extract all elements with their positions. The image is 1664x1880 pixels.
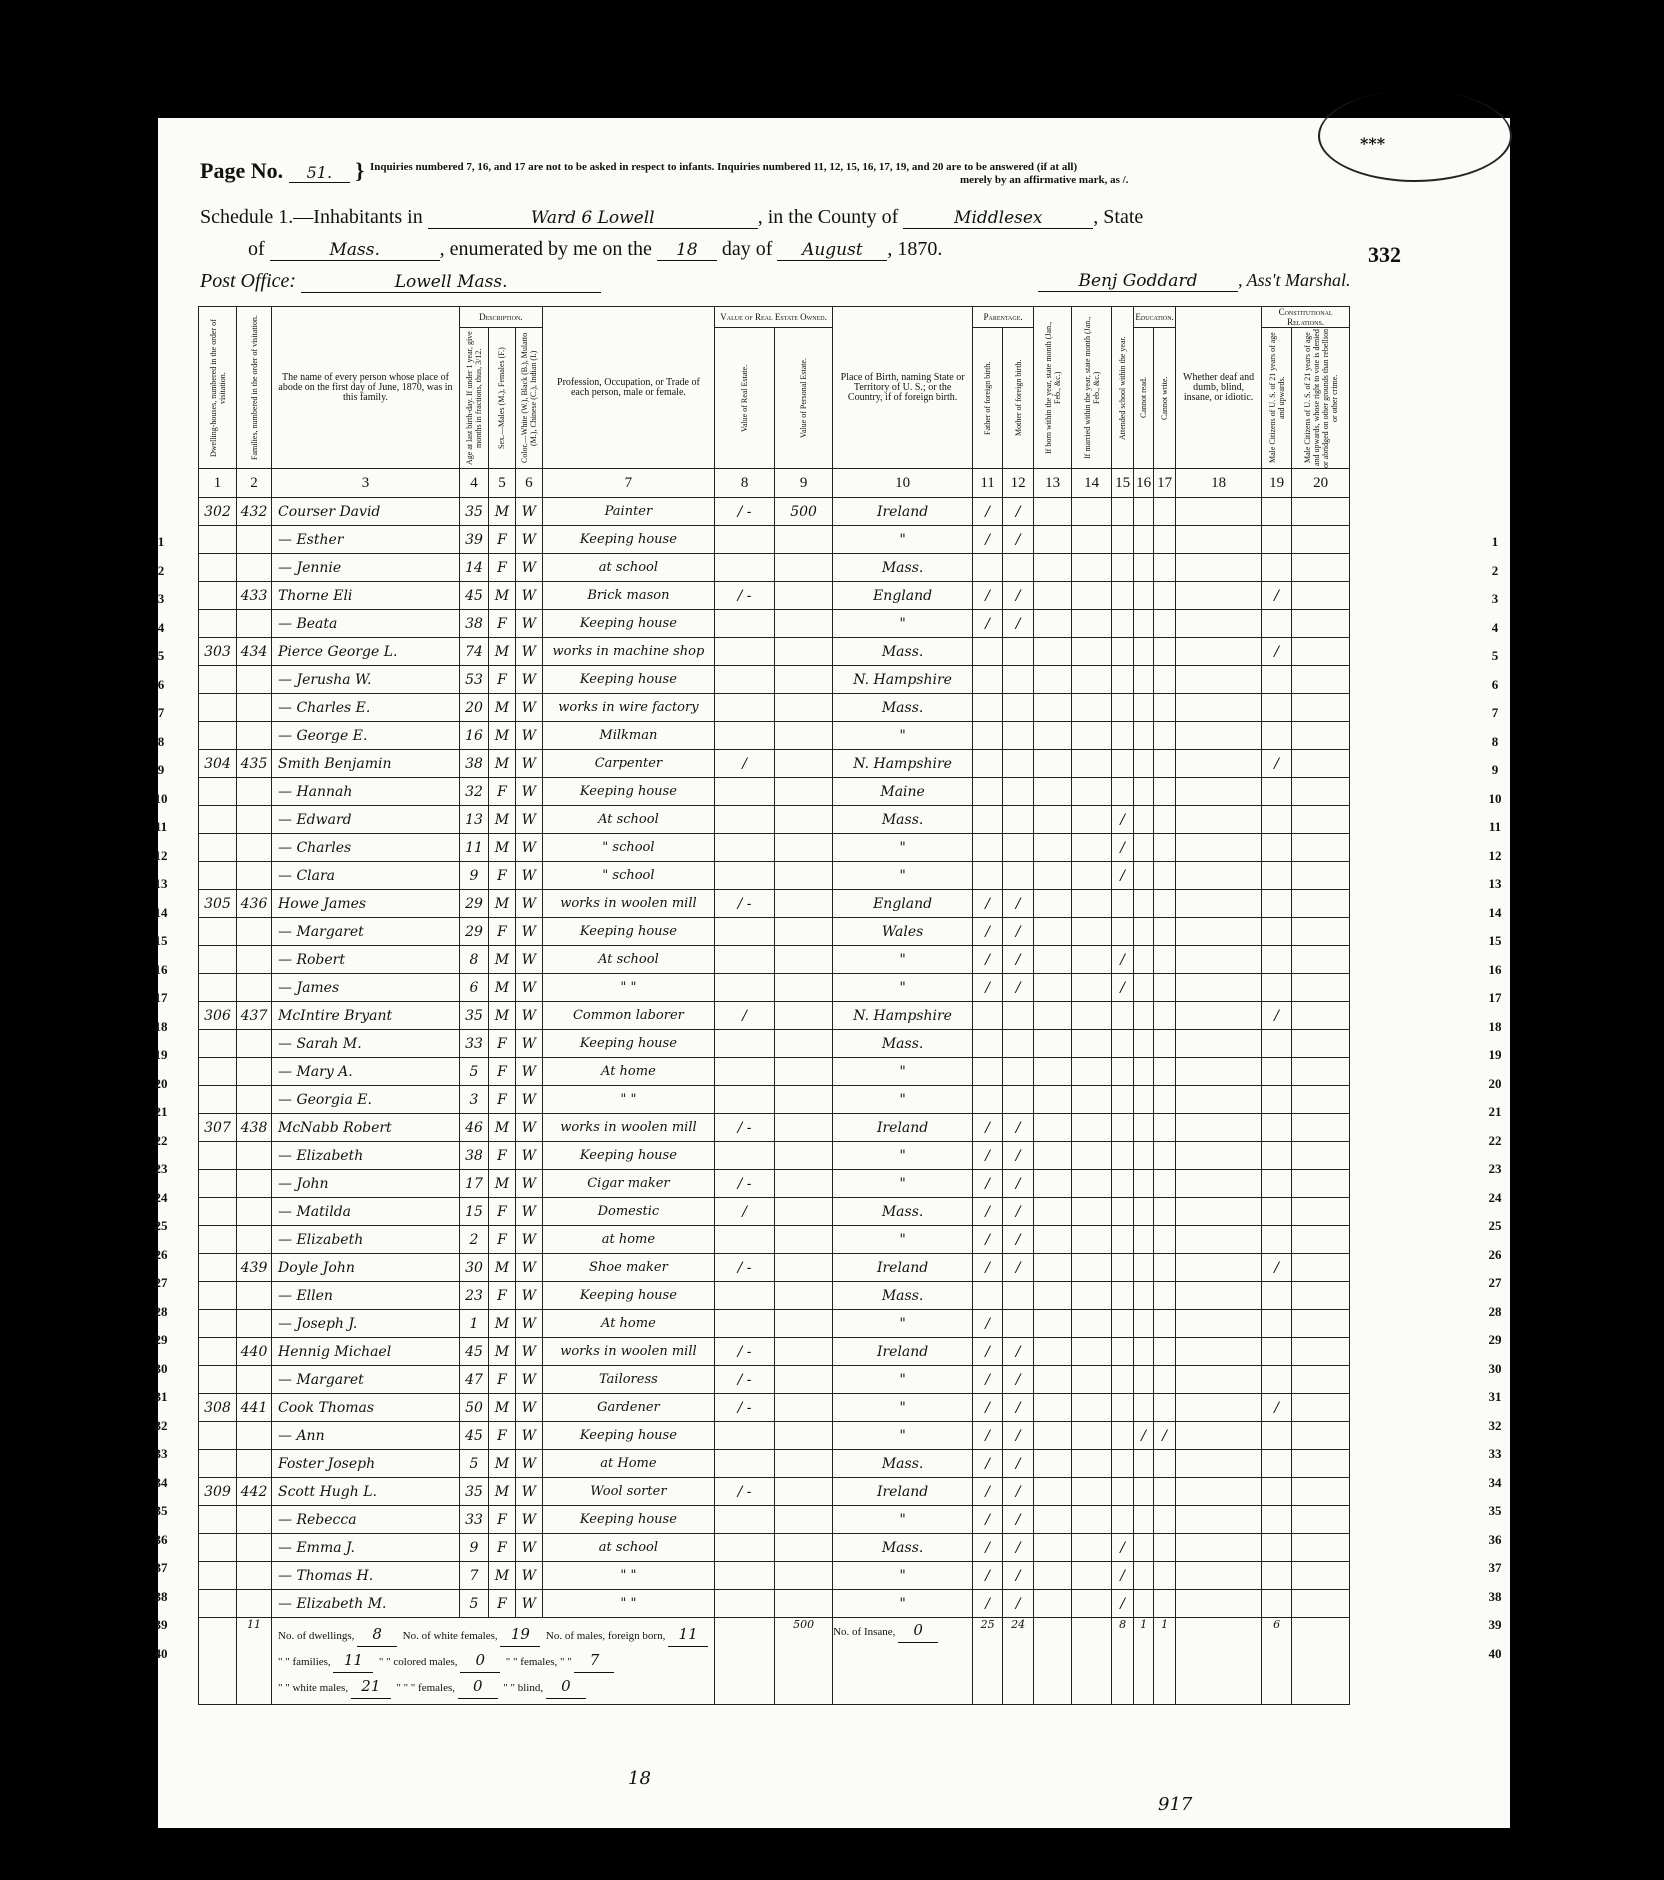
cell-birthplace: " xyxy=(833,1562,973,1590)
cell-real xyxy=(715,638,775,666)
column-number: 3 xyxy=(272,469,460,498)
cell-married-month xyxy=(1072,694,1112,722)
cell-father-foreign: / xyxy=(973,610,1003,638)
cell-name: — Matilda xyxy=(272,1198,460,1226)
cell-sex: F xyxy=(489,918,516,946)
cell-birthplace: " xyxy=(833,1506,973,1534)
cell-married-month xyxy=(1072,722,1112,750)
cell-name: McIntire Bryant xyxy=(272,1002,460,1030)
cell-citizen xyxy=(1262,1366,1292,1394)
cell-citizen xyxy=(1262,1226,1292,1254)
cell-sex: M xyxy=(489,1002,516,1030)
cell-color: W xyxy=(515,1282,542,1310)
cell-name: — James xyxy=(272,974,460,1002)
cell-birthplace: " xyxy=(833,1590,973,1618)
cell-color: W xyxy=(515,1422,542,1450)
cell-infirmity xyxy=(1176,582,1262,610)
cell-mother-foreign xyxy=(1003,750,1034,778)
cell-dwelling xyxy=(199,694,237,722)
cell-color: W xyxy=(515,778,542,806)
cell-infirmity xyxy=(1176,1310,1262,1338)
cell-father-foreign: / xyxy=(973,1338,1003,1366)
cell-birthplace: N. Hampshire xyxy=(833,750,973,778)
cell-personal xyxy=(775,974,833,1002)
cell-mother-foreign: / xyxy=(1003,1142,1034,1170)
cell-infirmity xyxy=(1176,1338,1262,1366)
cell-married-month xyxy=(1072,862,1112,890)
cell-read xyxy=(1134,1058,1154,1086)
col-5-header: Sex.—Males (M.), Females (F.) xyxy=(489,328,516,469)
cell-sex: F xyxy=(489,554,516,582)
cell-family xyxy=(237,806,272,834)
cell-real xyxy=(715,526,775,554)
cell-school xyxy=(1112,1198,1134,1226)
cell-school: / xyxy=(1112,834,1134,862)
cell-infirmity xyxy=(1176,918,1262,946)
cell-read: / xyxy=(1134,1422,1154,1450)
cell-dwelling xyxy=(199,862,237,890)
cell-infirmity xyxy=(1176,1002,1262,1030)
cell-school xyxy=(1112,554,1134,582)
cell-school xyxy=(1112,666,1134,694)
cell-real xyxy=(715,834,775,862)
line-number: 35 xyxy=(1482,1503,1508,1519)
cell-read xyxy=(1134,1394,1154,1422)
cell-sex: F xyxy=(489,1198,516,1226)
cell-mother-foreign: / xyxy=(1003,1170,1034,1198)
cell-sex: F xyxy=(489,1086,516,1114)
cell-infirmity xyxy=(1176,750,1262,778)
cell-denied xyxy=(1292,1226,1350,1254)
cell-denied xyxy=(1292,582,1350,610)
cell-write xyxy=(1154,1086,1176,1114)
cell-age: 2 xyxy=(459,1226,488,1254)
cell-real: / - xyxy=(715,890,775,918)
cell-write xyxy=(1154,1366,1176,1394)
cell-name: Foster Joseph xyxy=(272,1450,460,1478)
cell-married-month xyxy=(1072,1590,1112,1618)
cell-write xyxy=(1154,1590,1176,1618)
cell-sex: F xyxy=(489,862,516,890)
cell-occupation: Cigar maker xyxy=(542,1170,714,1198)
line-number: 19 xyxy=(148,1047,174,1063)
cell-mother-foreign xyxy=(1003,1310,1034,1338)
footer-mark-right: 917 xyxy=(1158,1794,1192,1815)
cell-write xyxy=(1154,946,1176,974)
cell-personal xyxy=(775,1534,833,1562)
cell-color: W xyxy=(515,1170,542,1198)
cell-citizen xyxy=(1262,666,1292,694)
cell-married-month xyxy=(1072,1394,1112,1422)
table-row: 309442Scott Hugh L.35MWWool sorter/ -Ire… xyxy=(199,1478,1350,1506)
cell-personal xyxy=(775,1366,833,1394)
cell-personal xyxy=(775,1282,833,1310)
cell-age: 38 xyxy=(459,1142,488,1170)
table-row: — Thomas H.7MW" ""/// xyxy=(199,1562,1350,1590)
cell-born-month xyxy=(1034,946,1072,974)
cell-real xyxy=(715,946,775,974)
cell-color: W xyxy=(515,974,542,1002)
table-row: — Esther39FWKeeping house"// xyxy=(199,526,1350,554)
cell-father-foreign xyxy=(973,862,1003,890)
cell-married-month xyxy=(1072,1478,1112,1506)
line-number: 9 xyxy=(148,762,174,778)
cell-denied xyxy=(1292,862,1350,890)
line-number: 31 xyxy=(1482,1389,1508,1405)
cell-sex: M xyxy=(489,1338,516,1366)
cell-dwelling xyxy=(199,918,237,946)
cell-married-month xyxy=(1072,1002,1112,1030)
mother-foreign-total: 24 xyxy=(1003,1618,1034,1705)
cell-birthplace: Ireland xyxy=(833,1338,973,1366)
line-number: 39 xyxy=(1482,1617,1508,1633)
table-row: — Margaret47FWTailoress/ -"// xyxy=(199,1366,1350,1394)
cell-birthplace: " xyxy=(833,1086,973,1114)
cell-age: 46 xyxy=(459,1114,488,1142)
cell-personal xyxy=(775,890,833,918)
cell-personal xyxy=(775,638,833,666)
line-number: 40 xyxy=(148,1646,174,1662)
cell-sex: M xyxy=(489,722,516,750)
line-number: 5 xyxy=(1482,648,1508,664)
census-page: *** Page No. 51. } Inquiries numbered 7,… xyxy=(158,118,1510,1828)
cell-write xyxy=(1154,1282,1176,1310)
post-office-line: Post Office: Lowell Mass. xyxy=(200,270,601,293)
cell-school: / xyxy=(1112,974,1134,1002)
cell-citizen xyxy=(1262,1142,1292,1170)
cell-age: 45 xyxy=(459,1422,488,1450)
cell-birthplace: " xyxy=(833,946,973,974)
cell-family xyxy=(237,1282,272,1310)
cell-real xyxy=(715,1450,775,1478)
page-number-value: 51. xyxy=(289,163,350,183)
cell-read xyxy=(1134,806,1154,834)
cell-read xyxy=(1134,1030,1154,1058)
line-number: 32 xyxy=(148,1418,174,1434)
cell-sex: F xyxy=(489,1142,516,1170)
cell-infirmity xyxy=(1176,946,1262,974)
cell-read xyxy=(1134,1590,1154,1618)
cell-color: W xyxy=(515,862,542,890)
cell-read xyxy=(1134,1338,1154,1366)
cell-family: 437 xyxy=(237,1002,272,1030)
cell-infirmity xyxy=(1176,1590,1262,1618)
cell-infirmity xyxy=(1176,974,1262,1002)
cell-father-foreign xyxy=(973,1030,1003,1058)
cell-sex: F xyxy=(489,1366,516,1394)
cell-name: McNabb Robert xyxy=(272,1114,460,1142)
cell-married-month xyxy=(1072,918,1112,946)
cell-infirmity xyxy=(1176,1198,1262,1226)
cell-real xyxy=(715,610,775,638)
cell-color: W xyxy=(515,694,542,722)
cell-read xyxy=(1134,974,1154,1002)
cell-occupation: Shoe maker xyxy=(542,1254,714,1282)
cell-color: W xyxy=(515,806,542,834)
cell-sex: M xyxy=(489,694,516,722)
table-row: — Edward13MWAt schoolMass./ xyxy=(199,806,1350,834)
cell-denied xyxy=(1292,1058,1350,1086)
cell-sex: M xyxy=(489,974,516,1002)
cell-name: — John xyxy=(272,1170,460,1198)
line-number: 6 xyxy=(148,677,174,693)
cell-real xyxy=(715,1282,775,1310)
table-row: 303434Pierce George L.74MWworks in machi… xyxy=(199,638,1350,666)
cell-citizen: / xyxy=(1262,1394,1292,1422)
cell-age: 23 xyxy=(459,1282,488,1310)
cell-infirmity xyxy=(1176,1394,1262,1422)
cell-married-month xyxy=(1072,1282,1112,1310)
cell-married-month xyxy=(1072,1226,1112,1254)
cell-citizen xyxy=(1262,1422,1292,1450)
cell-color: W xyxy=(515,750,542,778)
cell-write xyxy=(1154,638,1176,666)
cell-occupation: " school xyxy=(542,862,714,890)
cell-denied xyxy=(1292,694,1350,722)
cell-married-month xyxy=(1072,1310,1112,1338)
cell-age: 30 xyxy=(459,1254,488,1282)
cell-age: 35 xyxy=(459,498,488,526)
cell-family xyxy=(237,554,272,582)
cell-mother-foreign xyxy=(1003,1002,1034,1030)
cell-denied xyxy=(1292,1254,1350,1282)
cell-mother-foreign: / xyxy=(1003,1450,1034,1478)
cell-family xyxy=(237,666,272,694)
cell-occupation: Keeping house xyxy=(542,666,714,694)
census-table: Dwelling-houses, numbered in the order o… xyxy=(198,306,1350,1705)
cell-occupation: at school xyxy=(542,1534,714,1562)
cell-father-foreign: / xyxy=(973,1142,1003,1170)
cell-write xyxy=(1154,610,1176,638)
cannot-write-total: 1 xyxy=(1154,1618,1176,1705)
cell-infirmity xyxy=(1176,1058,1262,1086)
line-number: 25 xyxy=(148,1218,174,1234)
column-number: 10 xyxy=(833,469,973,498)
cell-real xyxy=(715,1142,775,1170)
cell-family xyxy=(237,1506,272,1534)
cell-occupation: At school xyxy=(542,806,714,834)
cell-citizen xyxy=(1262,694,1292,722)
cell-write xyxy=(1154,1534,1176,1562)
place-field: Ward 6 Lowell xyxy=(428,208,758,229)
cell-occupation: Milkman xyxy=(542,722,714,750)
line-number: 14 xyxy=(148,905,174,921)
cell-citizen xyxy=(1262,1030,1292,1058)
cell-occupation: " " xyxy=(542,974,714,1002)
cell-personal xyxy=(775,1114,833,1142)
table-row: — Robert8MWAt school"/// xyxy=(199,946,1350,974)
cannot-read-total: 1 xyxy=(1134,1618,1154,1705)
cell-color: W xyxy=(515,1562,542,1590)
cell-age: 9 xyxy=(459,1534,488,1562)
cell-denied xyxy=(1292,750,1350,778)
line-number: 38 xyxy=(148,1589,174,1605)
cell-color: W xyxy=(515,1338,542,1366)
cell-infirmity xyxy=(1176,1422,1262,1450)
cell-school xyxy=(1112,918,1134,946)
cell-real: / - xyxy=(715,1394,775,1422)
cell-citizen: / xyxy=(1262,1002,1292,1030)
cell-sex: M xyxy=(489,946,516,974)
line-number: 36 xyxy=(148,1532,174,1548)
cell-infirmity xyxy=(1176,666,1262,694)
cell-color: W xyxy=(515,834,542,862)
cell-name: — George E. xyxy=(272,722,460,750)
cell-denied xyxy=(1292,1170,1350,1198)
cell-married-month xyxy=(1072,1562,1112,1590)
cell-school xyxy=(1112,1422,1134,1450)
cell-born-month xyxy=(1034,554,1072,582)
cell-school xyxy=(1112,1254,1134,1282)
cell-family xyxy=(237,834,272,862)
cell-dwelling: 309 xyxy=(199,1478,237,1506)
cell-born-month xyxy=(1034,1002,1072,1030)
cell-color: W xyxy=(515,1590,542,1618)
cell-born-month xyxy=(1034,610,1072,638)
cell-denied xyxy=(1292,974,1350,1002)
cell-father-foreign: / xyxy=(973,1422,1003,1450)
line-number: 27 xyxy=(148,1275,174,1291)
cell-write xyxy=(1154,1562,1176,1590)
cell-denied xyxy=(1292,1282,1350,1310)
cell-personal: 500 xyxy=(775,498,833,526)
cell-age: 3 xyxy=(459,1086,488,1114)
cell-age: 5 xyxy=(459,1058,488,1086)
cell-personal xyxy=(775,1506,833,1534)
cell-mother-foreign xyxy=(1003,1282,1034,1310)
cell-write xyxy=(1154,1058,1176,1086)
cell-sex: F xyxy=(489,1226,516,1254)
cell-color: W xyxy=(515,1254,542,1282)
column-number: 20 xyxy=(1292,469,1350,498)
cell-write xyxy=(1154,582,1176,610)
instructions-notice: Inquiries numbered 7, 16, and 17 are not… xyxy=(370,161,1470,187)
cell-real: / xyxy=(715,1198,775,1226)
cell-age: 33 xyxy=(459,1506,488,1534)
line-number: 18 xyxy=(148,1019,174,1035)
cell-born-month xyxy=(1034,526,1072,554)
line-number: 17 xyxy=(148,990,174,1006)
cell-dwelling xyxy=(199,974,237,1002)
cell-color: W xyxy=(515,1226,542,1254)
table-row: 306437McIntire Bryant35MWCommon laborer/… xyxy=(199,1002,1350,1030)
cell-write xyxy=(1154,750,1176,778)
cell-name: — Georgia E. xyxy=(272,1086,460,1114)
cell-citizen xyxy=(1262,1534,1292,1562)
cell-read xyxy=(1134,890,1154,918)
cell-school xyxy=(1112,1086,1134,1114)
cell-mother-foreign: / xyxy=(1003,1562,1034,1590)
cell-occupation: works in woolen mill xyxy=(542,1114,714,1142)
column-number: 19 xyxy=(1262,469,1292,498)
cell-father-foreign: / xyxy=(973,582,1003,610)
table-row: — Charles E.20MWworks in wire factoryMas… xyxy=(199,694,1350,722)
cell-dwelling xyxy=(199,1142,237,1170)
cell-family xyxy=(237,974,272,1002)
col-13-header: If born within the year, state month (Ja… xyxy=(1034,307,1072,469)
cell-sex: M xyxy=(489,806,516,834)
cell-school: / xyxy=(1112,806,1134,834)
line-number: 7 xyxy=(148,705,174,721)
cell-father-foreign xyxy=(973,834,1003,862)
cell-school xyxy=(1112,1310,1134,1338)
cell-family xyxy=(237,778,272,806)
table-row: — Ann45FWKeeping house"//// xyxy=(199,1422,1350,1450)
cell-denied xyxy=(1292,1366,1350,1394)
cell-citizen xyxy=(1262,1114,1292,1142)
cell-denied xyxy=(1292,890,1350,918)
cell-name: Scott Hugh L. xyxy=(272,1478,460,1506)
cell-sex: F xyxy=(489,1422,516,1450)
line-number: 30 xyxy=(1482,1361,1508,1377)
cell-mother-foreign: / xyxy=(1003,526,1034,554)
col-12-header: Mother of foreign birth. xyxy=(1003,328,1034,469)
cell-school xyxy=(1112,778,1134,806)
cell-personal xyxy=(775,1058,833,1086)
cell-write xyxy=(1154,834,1176,862)
cell-born-month xyxy=(1034,834,1072,862)
cell-personal xyxy=(775,1310,833,1338)
cell-occupation: " school xyxy=(542,834,714,862)
line-number: 15 xyxy=(148,933,174,949)
line-number: 3 xyxy=(148,591,174,607)
cell-dwelling xyxy=(199,1226,237,1254)
table-row: 308441Cook Thomas50MWGardener/ -"/// xyxy=(199,1394,1350,1422)
cell-birthplace: " xyxy=(833,1310,973,1338)
cell-family xyxy=(237,1170,272,1198)
cell-family xyxy=(237,1590,272,1618)
cell-married-month xyxy=(1072,778,1112,806)
cell-write xyxy=(1154,526,1176,554)
cell-father-foreign xyxy=(973,694,1003,722)
cell-personal xyxy=(775,1590,833,1618)
cell-birthplace: " xyxy=(833,1422,973,1450)
cell-personal xyxy=(775,1338,833,1366)
line-number: 10 xyxy=(148,791,174,807)
cell-sex: M xyxy=(489,1254,516,1282)
cell-mother-foreign: / xyxy=(1003,1198,1034,1226)
line-number: 16 xyxy=(1482,962,1508,978)
cell-real xyxy=(715,778,775,806)
cell-infirmity xyxy=(1176,1506,1262,1534)
cell-denied xyxy=(1292,1086,1350,1114)
cell-personal xyxy=(775,1254,833,1282)
cell-born-month xyxy=(1034,1226,1072,1254)
col-7-header: Profession, Occupation, or Trade of each… xyxy=(542,307,714,469)
cell-real xyxy=(715,554,775,582)
cell-infirmity xyxy=(1176,554,1262,582)
line-number: 14 xyxy=(1482,905,1508,921)
cell-born-month xyxy=(1034,1534,1072,1562)
cell-real xyxy=(715,694,775,722)
cell-family xyxy=(237,1142,272,1170)
cell-born-month xyxy=(1034,498,1072,526)
cell-school xyxy=(1112,526,1134,554)
cell-family: 436 xyxy=(237,890,272,918)
cell-occupation: Painter xyxy=(542,498,714,526)
cell-birthplace: Mass. xyxy=(833,1534,973,1562)
cell-family xyxy=(237,1226,272,1254)
cell-mother-foreign xyxy=(1003,666,1034,694)
cell-mother-foreign xyxy=(1003,722,1034,750)
cell-citizen xyxy=(1262,946,1292,974)
personal-estate-total: 500 xyxy=(775,1618,833,1705)
cell-born-month xyxy=(1034,638,1072,666)
cell-read xyxy=(1134,946,1154,974)
cell-school xyxy=(1112,722,1134,750)
cell-personal xyxy=(775,1394,833,1422)
cell-personal xyxy=(775,1450,833,1478)
